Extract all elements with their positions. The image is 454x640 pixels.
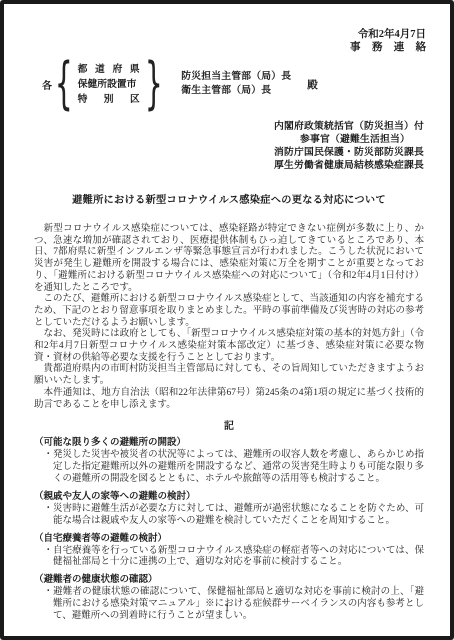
sender-line: 参事官（避難生活担当）: [34, 133, 424, 146]
recipient-titles: 防災担当主管部（局）長 衛生主管部（局）長: [181, 70, 291, 98]
section: （自宅療養者等の避難の検討） ・自宅療養等を行っている新型コロナウイルス感染症の…: [34, 534, 424, 570]
section-heading: （自宅療養者等の避難の検討）: [34, 534, 424, 546]
addressee-item: 特別区: [78, 92, 140, 107]
addressee-item: 都道府県: [78, 62, 140, 77]
section: （避難者の健康状態の確認） ・避難者の健康状態の確認について、保健福祉部局と適切…: [34, 575, 424, 623]
section-heading: （可能な限り多くの避難所の開設）: [34, 438, 424, 450]
right-brace-icon: }: [145, 61, 163, 107]
addressee-bracket-items: 都道府県 保健所設置市 特別区: [78, 62, 140, 107]
sender-line: 厚生労働省健康局結核感染症課長: [34, 159, 424, 172]
record-mark: 記: [34, 417, 424, 432]
sender-line: 内閣府政策統括官（防災担当）付: [34, 120, 424, 133]
addressee-block: 各 { 都道府県 保健所設置市 特別区 } 防災担当主管部（局）長 衛生主管部（…: [34, 61, 424, 107]
section-bullet: ・災害時に避難生活が必要な方に対しては、避難所が過密状態になることを防ぐため、可…: [34, 504, 424, 528]
paragraph: このたび、避難所における新型コロナウイルス感染症として、当該通知の内容を補充する…: [34, 294, 424, 329]
section-heading: （避難者の健康状態の確認）: [34, 575, 424, 587]
section: （親戚や友人の家等への避難の検討） ・災害時に避難生活が必要な方に対しては、避難…: [34, 492, 424, 528]
left-brace-icon: {: [55, 61, 73, 107]
body-text: 新型コロナウイルス感染症については、感染経路が特定できない症例が多数に上り、かつ…: [34, 224, 424, 411]
honorific: 殿: [307, 77, 318, 92]
recipient-line: 衛生主管部（局）長: [181, 84, 291, 98]
issue-date: 令和2年4月7日: [350, 28, 426, 41]
addressee-prefix: 各: [42, 77, 52, 92]
recipient-line: 防災担当主管部（局）長: [181, 70, 291, 84]
paragraph: なお、発災時には政府としても、「新型コロナウイルス感染症対策の基本的対処方針」（…: [34, 329, 424, 364]
addressee-item: 保健所設置市: [78, 77, 140, 92]
document-title: 避難所における新型コロナウイルス感染症への更なる対応について: [34, 191, 424, 206]
section: （可能な限り多くの避難所の開設） ・発災した災害や被災者の状況等によっては、避難…: [34, 438, 424, 486]
paragraph: 本件通知は、地方自治法（昭和22年法律第67号）第245条の4第1項の規定に基づ…: [34, 388, 424, 411]
doc-type: 事務連絡: [350, 41, 426, 54]
sender-block: 内閣府政策統括官（防災担当）付 参事官（避難生活担当） 消防庁国民保護・防災部防…: [34, 120, 424, 172]
sender-line: 消防庁国民保護・防災部防災課長: [34, 146, 424, 159]
section-bullet: ・自宅療養等を行っている新型コロナウイルス感染症の軽症者等への対応については、保…: [34, 546, 424, 570]
document-page: 令和2年4月7日 事務連絡 各 { 都道府県 保健所設置市 特別区 } 防災担当…: [0, 0, 454, 640]
page-number: 1: [4, 604, 450, 614]
paragraph: 新型コロナウイルス感染症については、感染経路が特定できない症例が多数に上り、かつ…: [34, 224, 424, 294]
date-block: 令和2年4月7日 事務連絡: [350, 28, 426, 54]
section-heading: （親戚や友人の家等への避難の検討）: [34, 492, 424, 504]
section-bullet: ・発災した災害や被災者の状況等によっては、避難所の収容人数を考慮し、あらかじめ指…: [34, 450, 424, 486]
sections: （可能な限り多くの避難所の開設） ・発災した災害や被災者の状況等によっては、避難…: [34, 438, 424, 623]
paragraph: 貴都道府県内の市町村防災担当主管部局に対しても、その旨周知していただきますようお…: [34, 364, 424, 387]
